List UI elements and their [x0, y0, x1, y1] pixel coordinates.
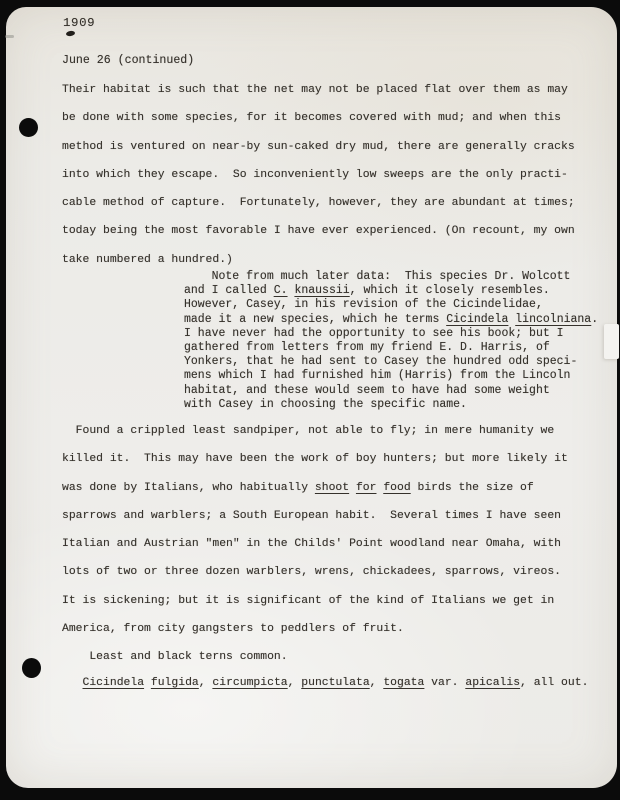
text-line: mens which I had furnished him (Harris) …	[184, 369, 598, 383]
species-list-line: Cicindela fulgida, circumpicta, punctula…	[62, 669, 588, 697]
text-line: Least and black terns common.	[62, 643, 288, 671]
text-line: cable method of capture. Fortunately, ho…	[62, 189, 575, 217]
paragraph-sandpiper: Found a crippled least sandpiper, not ab…	[62, 417, 568, 643]
text-line: However, Casey, in his revision of the C…	[184, 298, 598, 312]
edge-smudge-mark	[5, 35, 14, 38]
paragraph-habitat: Their habitat is such that the net may n…	[62, 76, 575, 274]
text-line: be done with some species, for it become…	[62, 104, 575, 132]
text-line: It is sickening; but it is significant o…	[62, 587, 568, 615]
text-line: Found a crippled least sandpiper, not ab…	[62, 417, 568, 445]
text-line: today being the most favorable I have ev…	[62, 217, 575, 245]
text-line: sparrows and warblers; a South European …	[62, 502, 568, 530]
text-line: Their habitat is such that the net may n…	[62, 76, 575, 104]
text-line: was done by Italians, who habitually sho…	[62, 474, 568, 502]
text-line: and I called C. knaussii, which it close…	[184, 284, 598, 298]
text-line: killed it. This may have been the work o…	[62, 445, 568, 473]
hole-punch-bottom	[22, 658, 41, 678]
text-line: I have never had the opportunity to see …	[184, 327, 598, 341]
text-line: with Casey in choosing the specific name…	[184, 398, 598, 412]
year-heading: 1909	[63, 16, 95, 30]
text-line: Yonkers, that he had sent to Casey the h…	[184, 355, 598, 369]
paper-tab-artifact	[604, 324, 619, 359]
terns-line: Least and black terns common.	[62, 643, 288, 671]
text-line: lots of two or three dozen warblers, wre…	[62, 558, 568, 586]
text-line: method is ventured on near-by sun-caked …	[62, 133, 575, 161]
text-line: America, from city gangsters to peddlers…	[62, 615, 568, 643]
text-line: Cicindela fulgida, circumpicta, punctula…	[62, 669, 588, 697]
text-line: Italian and Austrian "men" in the Childs…	[62, 530, 568, 558]
ink-dot-mark	[66, 30, 76, 36]
text-line: habitat, and these would seem to have ha…	[184, 384, 598, 398]
text-line: into which they escape. So inconvenientl…	[62, 161, 575, 189]
note-block: Note from much later data: This species …	[184, 270, 598, 412]
text-line: made it a new species, which he terms Ci…	[184, 313, 598, 327]
text-line: gathered from letters from my friend E. …	[184, 341, 598, 355]
text-line: Note from much later data: This species …	[184, 270, 598, 284]
dateline: June 26 (continued)	[62, 54, 194, 67]
hole-punch-top	[19, 118, 38, 137]
scanned-page: 1909 June 26 (continued) Their habitat i…	[6, 7, 617, 788]
